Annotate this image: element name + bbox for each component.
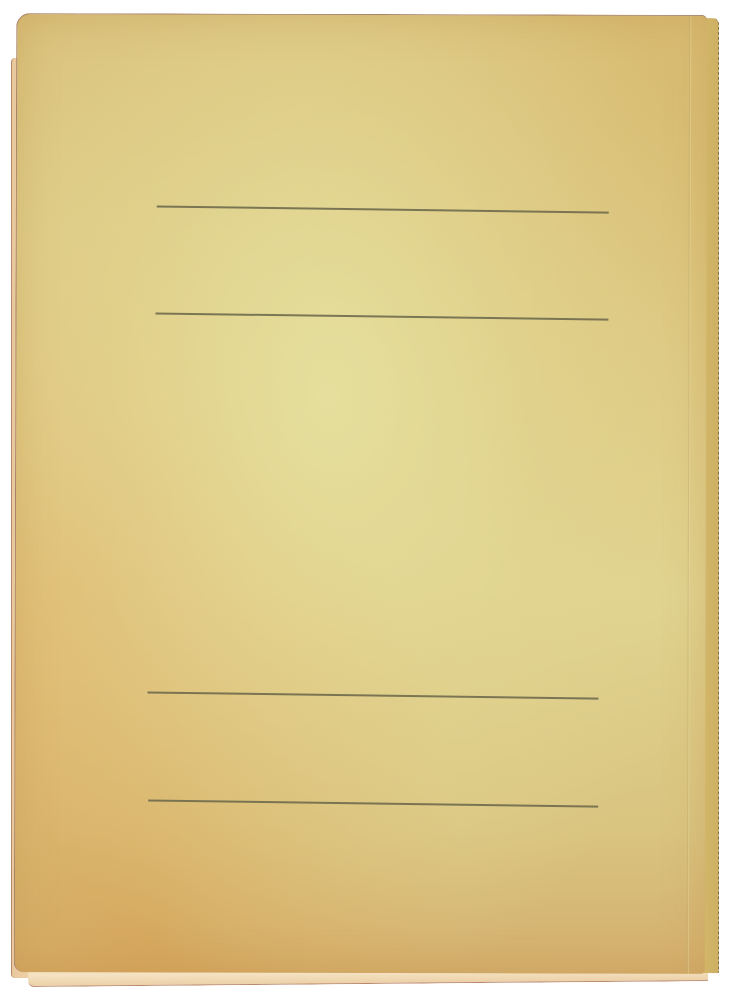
writing-line-1 — [157, 205, 609, 213]
folder-cover — [14, 13, 708, 974]
writing-line-2 — [155, 312, 608, 320]
document-stage — [0, 0, 732, 1000]
writing-line-4 — [148, 799, 598, 807]
fold-crease — [687, 16, 692, 974]
writing-line-3 — [147, 691, 598, 699]
